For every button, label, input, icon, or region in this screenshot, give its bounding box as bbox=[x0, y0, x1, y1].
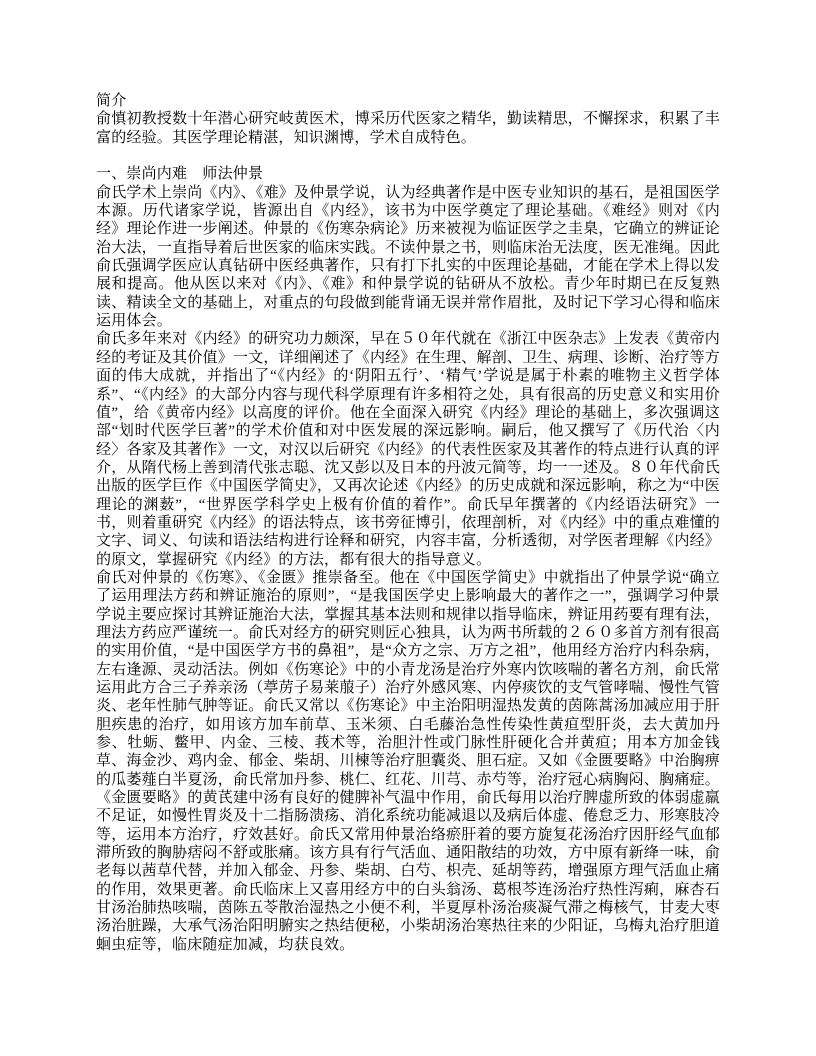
intro-paragraph: 俞慎初教授数十年潜心研究岐黄医术，博采历代医家之精华，勤读精思，不懈探求，积累了… bbox=[96, 110, 720, 147]
section-paragraph-1: 俞氏学术上崇尚《内》、《难》及仲景学说，认为经典著作是中医专业知识的基石，是祖国… bbox=[96, 184, 720, 331]
section-paragraph-3: 俞氏对仲景的《伤寒》、《金匮》推崇备至。他在《中国医学简史》中就指出了仲景学说“… bbox=[96, 569, 720, 954]
document-body: 简介 俞慎初教授数十年潜心研究岐黄医术，博采历代医家之精华，勤读精思，不懈探求，… bbox=[96, 92, 720, 954]
blank-line bbox=[96, 147, 720, 165]
section-paragraph-2: 俞氏多年来对《内经》的研究功力颇深，早在５０年代就在《浙江中医杂志》上发表《黄帝… bbox=[96, 330, 720, 568]
section-heading: 一、崇尚内难 师法仲景 bbox=[96, 165, 720, 183]
intro-title: 简介 bbox=[96, 92, 720, 110]
document-page: 简介 俞慎初教授数十年潜心研究岐黄医术，博采历代医家之精华，勤读精思，不懈探求，… bbox=[0, 0, 816, 1056]
